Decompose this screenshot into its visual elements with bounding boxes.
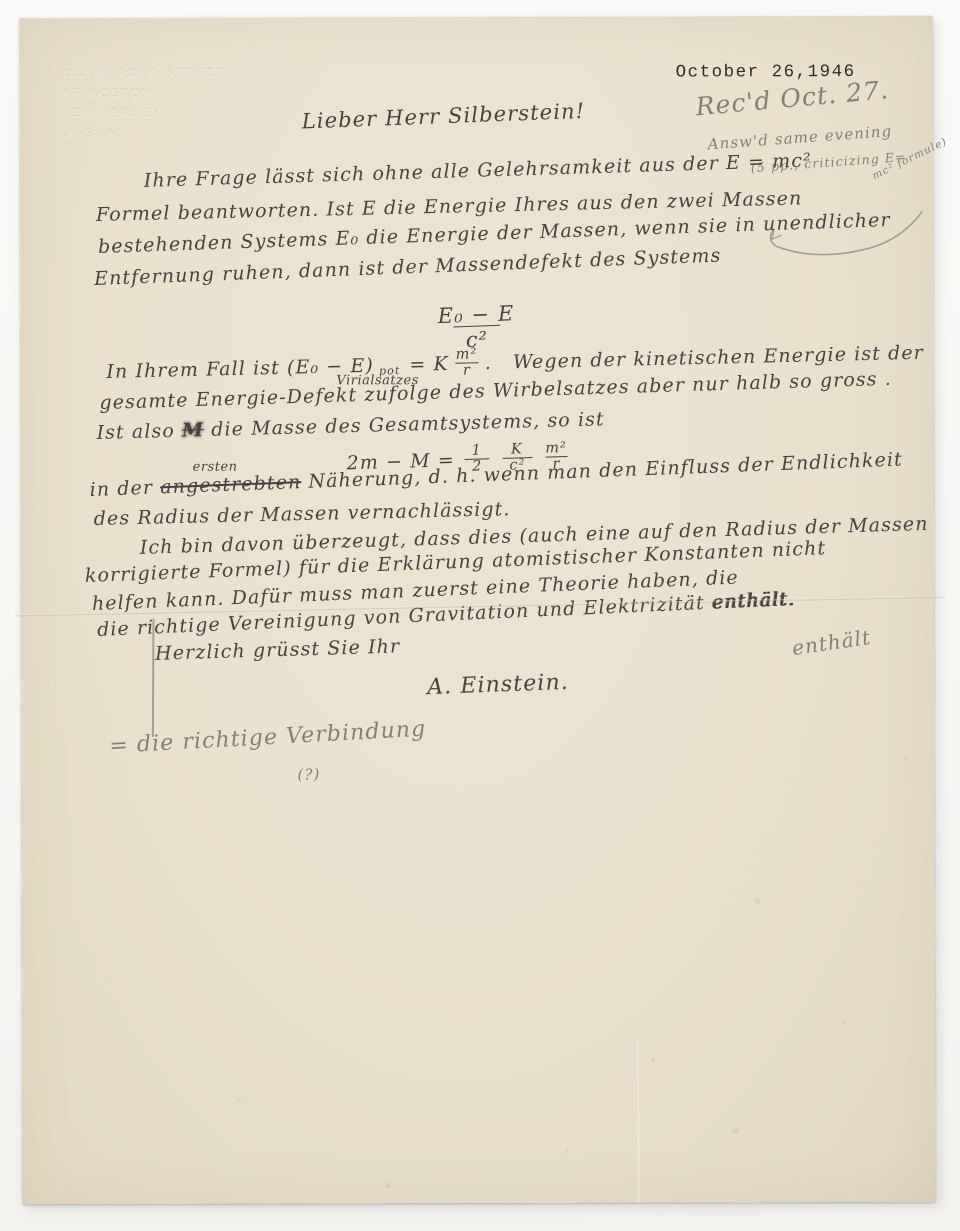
letter-paper: 112 MERCER STREET PRINCETON NEW JERSEY U… bbox=[19, 16, 935, 1204]
body-line: Ist also M die Masse des Gesamtsystems, … bbox=[96, 408, 605, 444]
formula-text: In Ihrem Fall ist (E₀ − E) bbox=[106, 354, 374, 382]
fraction: m² r bbox=[455, 347, 478, 379]
fraction-denominator: r bbox=[456, 362, 478, 379]
embossed-letterhead: 112 MERCER STREET PRINCETON NEW JERSEY U… bbox=[62, 64, 228, 144]
letterhead-line: U. S. A. bbox=[62, 124, 228, 144]
fraction-numerator: K bbox=[511, 442, 523, 458]
foxing-stain bbox=[236, 1098, 242, 1103]
salutation: Lieber Herr Silberstein! bbox=[301, 99, 585, 134]
formula-text: . bbox=[485, 352, 493, 374]
foxing-stain bbox=[384, 1182, 392, 1189]
blotted-correction: M bbox=[182, 419, 205, 442]
closing-line: Herzlich grüsst Sie Ihr bbox=[155, 635, 401, 664]
fraction-numerator: m² bbox=[545, 441, 567, 457]
foxing-stain bbox=[902, 756, 908, 762]
formula-text: = K bbox=[409, 353, 449, 376]
insertion-ersten: ersten bbox=[193, 460, 238, 475]
body-text: die Masse des Gesamtsystems, so ist bbox=[211, 408, 605, 441]
fraction-numerator: m² bbox=[456, 347, 478, 363]
foxing-stain bbox=[650, 1057, 656, 1063]
formula-mass-defect: E₀ − E c² bbox=[437, 302, 515, 352]
body-text: Ist also bbox=[96, 420, 175, 444]
foxing-stain bbox=[564, 1149, 569, 1154]
fraction-numerator: 1 bbox=[471, 443, 482, 459]
corrected-word: Wirbelsatzes bbox=[493, 376, 630, 402]
foxing-stain bbox=[729, 1126, 741, 1135]
fraction-numerator: E₀ − E bbox=[437, 302, 514, 327]
annotation-bottom-query: (?) bbox=[297, 765, 320, 783]
fraction: E₀ − E c² bbox=[437, 302, 515, 352]
pencil-vertical-line bbox=[152, 619, 154, 737]
letterhead-line: NEW JERSEY bbox=[62, 104, 228, 124]
annotation-margin-word: enthält bbox=[790, 625, 872, 660]
body-line: Ihre Frage lässt sich ohne alle Gelehrsa… bbox=[144, 149, 813, 191]
foxing-stain bbox=[841, 1019, 847, 1025]
struck-word: angestrebten bbox=[160, 471, 302, 498]
letterhead-line: PRINCETON bbox=[62, 84, 228, 104]
annotation-bottom-note: = die richtige Verbindung bbox=[109, 717, 427, 759]
letterhead-line: 112 MERCER STREET bbox=[62, 64, 228, 84]
body-line: des Radius der Massen vernachlässigt. bbox=[94, 498, 511, 530]
signature: A. Einstein. bbox=[427, 670, 570, 700]
annotation-answered: Answ'd same evening bbox=[707, 122, 893, 153]
scan-seam bbox=[637, 1039, 639, 1203]
foxing-stain bbox=[753, 897, 762, 905]
body-text: in der bbox=[89, 477, 153, 501]
